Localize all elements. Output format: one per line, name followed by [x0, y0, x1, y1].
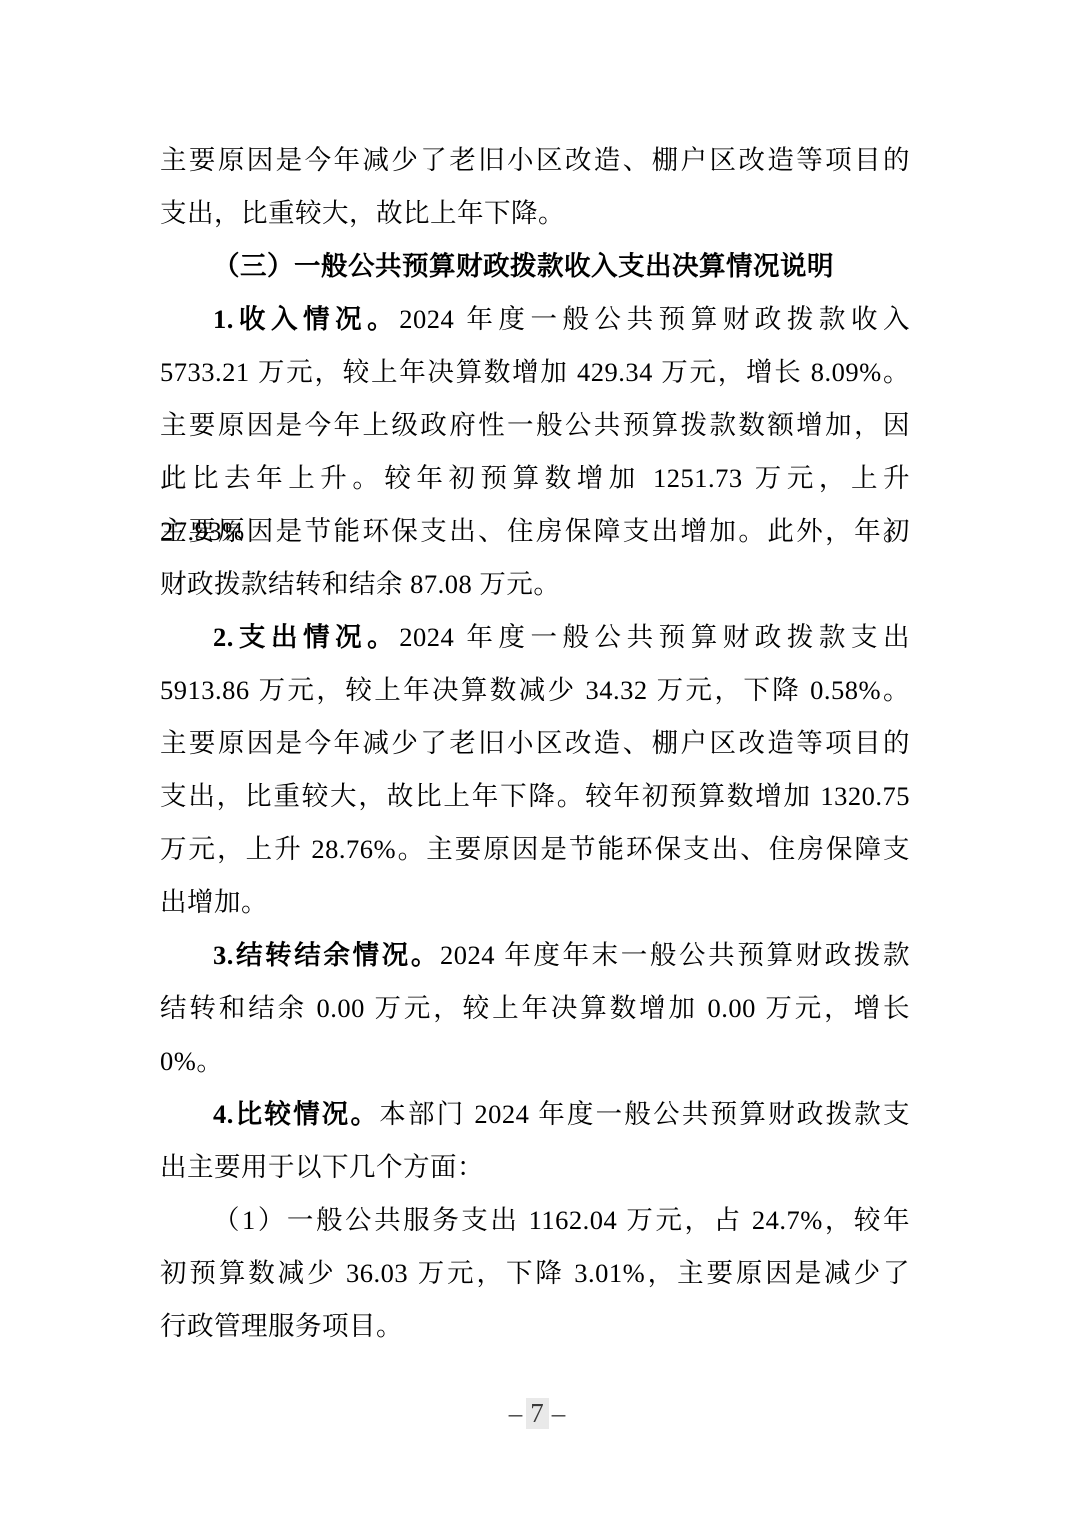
page-number: 7: [526, 1398, 549, 1429]
section-heading: （三）一般公共预算财政拨款收入支出决算情况说明: [160, 240, 910, 293]
paragraph-number-label: 3.结转结余情况。: [213, 940, 440, 970]
text-line: （1）一般公共服务支出 1162.04 万元，占 24.7%，较年: [160, 1194, 910, 1247]
text-line: 支出，比重较大，故比上年下降。较年初预算数增加 1320.75: [160, 770, 910, 823]
text-line: 1.收入情况。2024 年度一般公共预算财政拨款收入: [160, 293, 910, 346]
text-line: 3.结转结余情况。2024 年度年末一般公共预算财政拨款: [160, 929, 910, 982]
line-text: 2024 年度一般公共预算财政拨款支出: [399, 622, 910, 652]
footer-dash-left: –: [509, 1398, 524, 1429]
line-text: 本部门 2024 年度一般公共预算财政拨款支: [379, 1099, 910, 1129]
paragraph-number-label: 1.收入情况。: [213, 304, 399, 334]
text-line: 初预算数减少 36.03 万元，下降 3.01%，主要原因是减少了: [160, 1247, 910, 1300]
page-footer: –7–: [0, 1398, 1075, 1429]
text-line: 财政拨款结转和结余 87.08 万元。: [160, 558, 910, 611]
text-line: 此比去年上升。较年初预算数增加 1251.73 万元，上升 27.93%。: [160, 452, 910, 505]
text-line: 5733.21 万元，较上年决算数增加 429.34 万元，增长 8.09%。: [160, 346, 910, 399]
text-line: 支出，比重较大，故比上年下降。: [160, 187, 910, 240]
text-line: 4.比较情况。本部门 2024 年度一般公共预算财政拨款支: [160, 1088, 910, 1141]
text-line: 万元，上升 28.76%。主要原因是节能环保支出、住房保障支: [160, 823, 910, 876]
text-line: 出增加。: [160, 876, 910, 929]
line-text: 2024 年度一般公共预算财政拨款收入: [399, 304, 910, 334]
text-line: 出主要用于以下几个方面：: [160, 1141, 910, 1194]
text-line: 5913.86 万元，较上年决算数减少 34.32 万元，下降 0.58%。: [160, 664, 910, 717]
document-content: 主要原因是今年减少了老旧小区改造、棚户区改造等项目的 支出，比重较大，故比上年下…: [160, 134, 910, 1353]
text-line: 行政管理服务项目。: [160, 1300, 910, 1353]
text-line: 主要原因是今年减少了老旧小区改造、棚户区改造等项目的: [160, 134, 910, 187]
text-line: 主要原因是今年减少了老旧小区改造、棚户区改造等项目的: [160, 717, 910, 770]
document-page: 主要原因是今年减少了老旧小区改造、棚户区改造等项目的 支出，比重较大，故比上年下…: [0, 0, 1075, 1520]
footer-dash-right: –: [552, 1398, 567, 1429]
text-line: 0%。: [160, 1035, 910, 1088]
text-line: 主要原因是今年上级政府性一般公共预算拨款数额增加，因: [160, 399, 910, 452]
paragraph-number-label: 4.比较情况。: [213, 1099, 379, 1129]
text-line: 2.支出情况。2024 年度一般公共预算财政拨款支出: [160, 611, 910, 664]
text-line: 结转和结余 0.00 万元，较上年决算数增加 0.00 万元，增长: [160, 982, 910, 1035]
line-text: 2024 年度年末一般公共预算财政拨款: [440, 940, 910, 970]
text-line: 主要原因是节能环保支出、住房保障支出增加。此外，年初: [160, 505, 910, 558]
paragraph-number-label: 2.支出情况。: [213, 622, 399, 652]
